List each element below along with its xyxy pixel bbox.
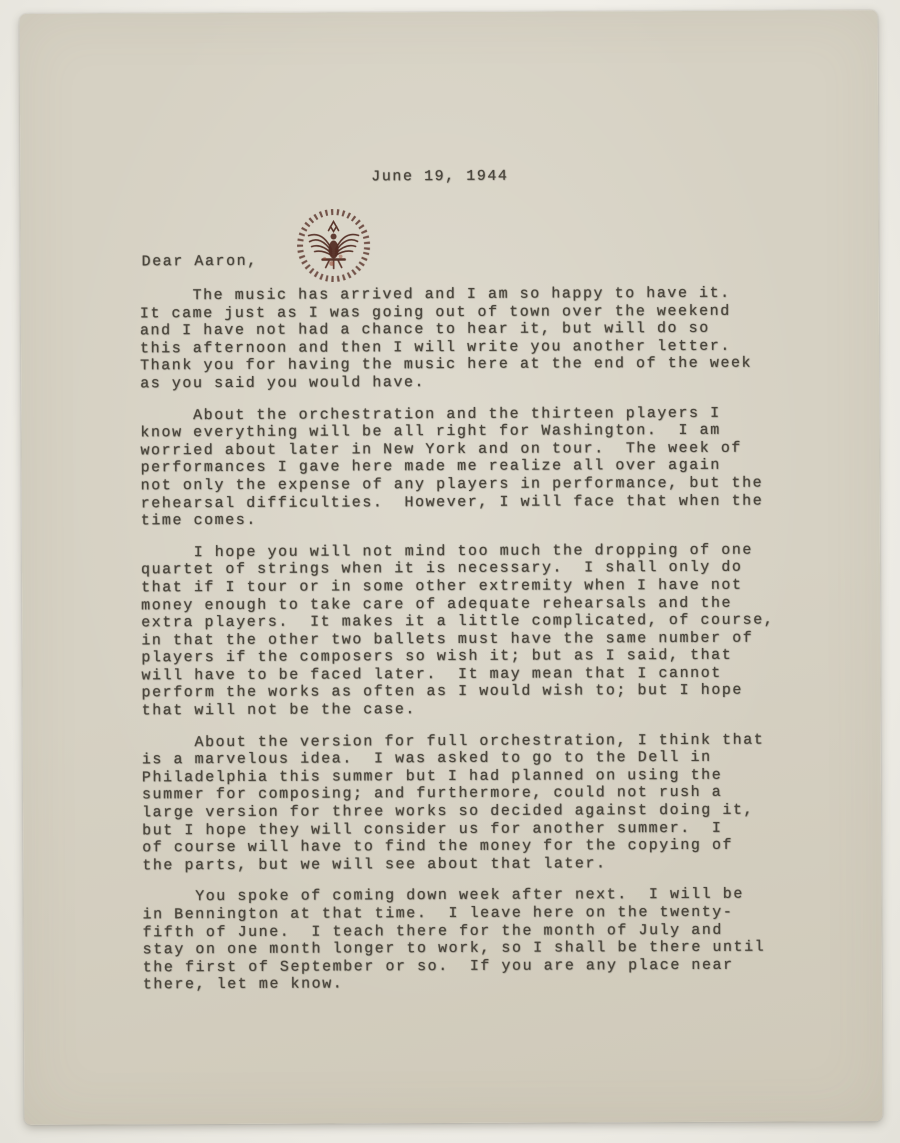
letter-date: June 19, 1944 xyxy=(371,168,508,186)
paragraph: I hope you will not mind too much the dr… xyxy=(141,541,822,720)
text-line: as you said you would have. xyxy=(140,372,820,393)
text-line: the first of September or so. If you are… xyxy=(143,956,823,977)
text-line: of course will have to find the money fo… xyxy=(142,837,822,858)
text-line: time comes. xyxy=(141,510,821,531)
text-line: there, let me know. xyxy=(143,974,823,995)
eagle-stamp-icon xyxy=(294,206,372,284)
salutation: Dear Aaron, xyxy=(142,253,258,271)
paragraph: You spoke of coming down week after next… xyxy=(142,886,822,995)
text-line: that will not be the case. xyxy=(142,699,822,720)
text-line: that if I tour or in some other extremit… xyxy=(141,576,821,597)
scan-background: June 19, 1944 xyxy=(0,0,900,1143)
letter-page: June 19, 1944 xyxy=(20,10,883,1125)
text-line: perform the works as often as I would wi… xyxy=(142,682,822,703)
text-line: About the version for full orchestration… xyxy=(142,731,822,752)
text-line: It came just as I was going out of town … xyxy=(140,302,820,323)
paragraph: About the orchestration and the thirteen… xyxy=(140,404,821,530)
letter-body: The music has arrived and I am so happy … xyxy=(140,284,823,994)
text-line: the parts, but we will see about that la… xyxy=(142,854,822,875)
text-line: not only the expense of any players in p… xyxy=(141,474,821,495)
paragraph: About the version for full orchestration… xyxy=(142,731,823,875)
text-line: rehearsal difficulties. However, I will … xyxy=(141,492,821,513)
paragraph: The music has arrived and I am so happy … xyxy=(140,284,820,393)
text-line: Thank you for having the music here at t… xyxy=(140,355,820,376)
